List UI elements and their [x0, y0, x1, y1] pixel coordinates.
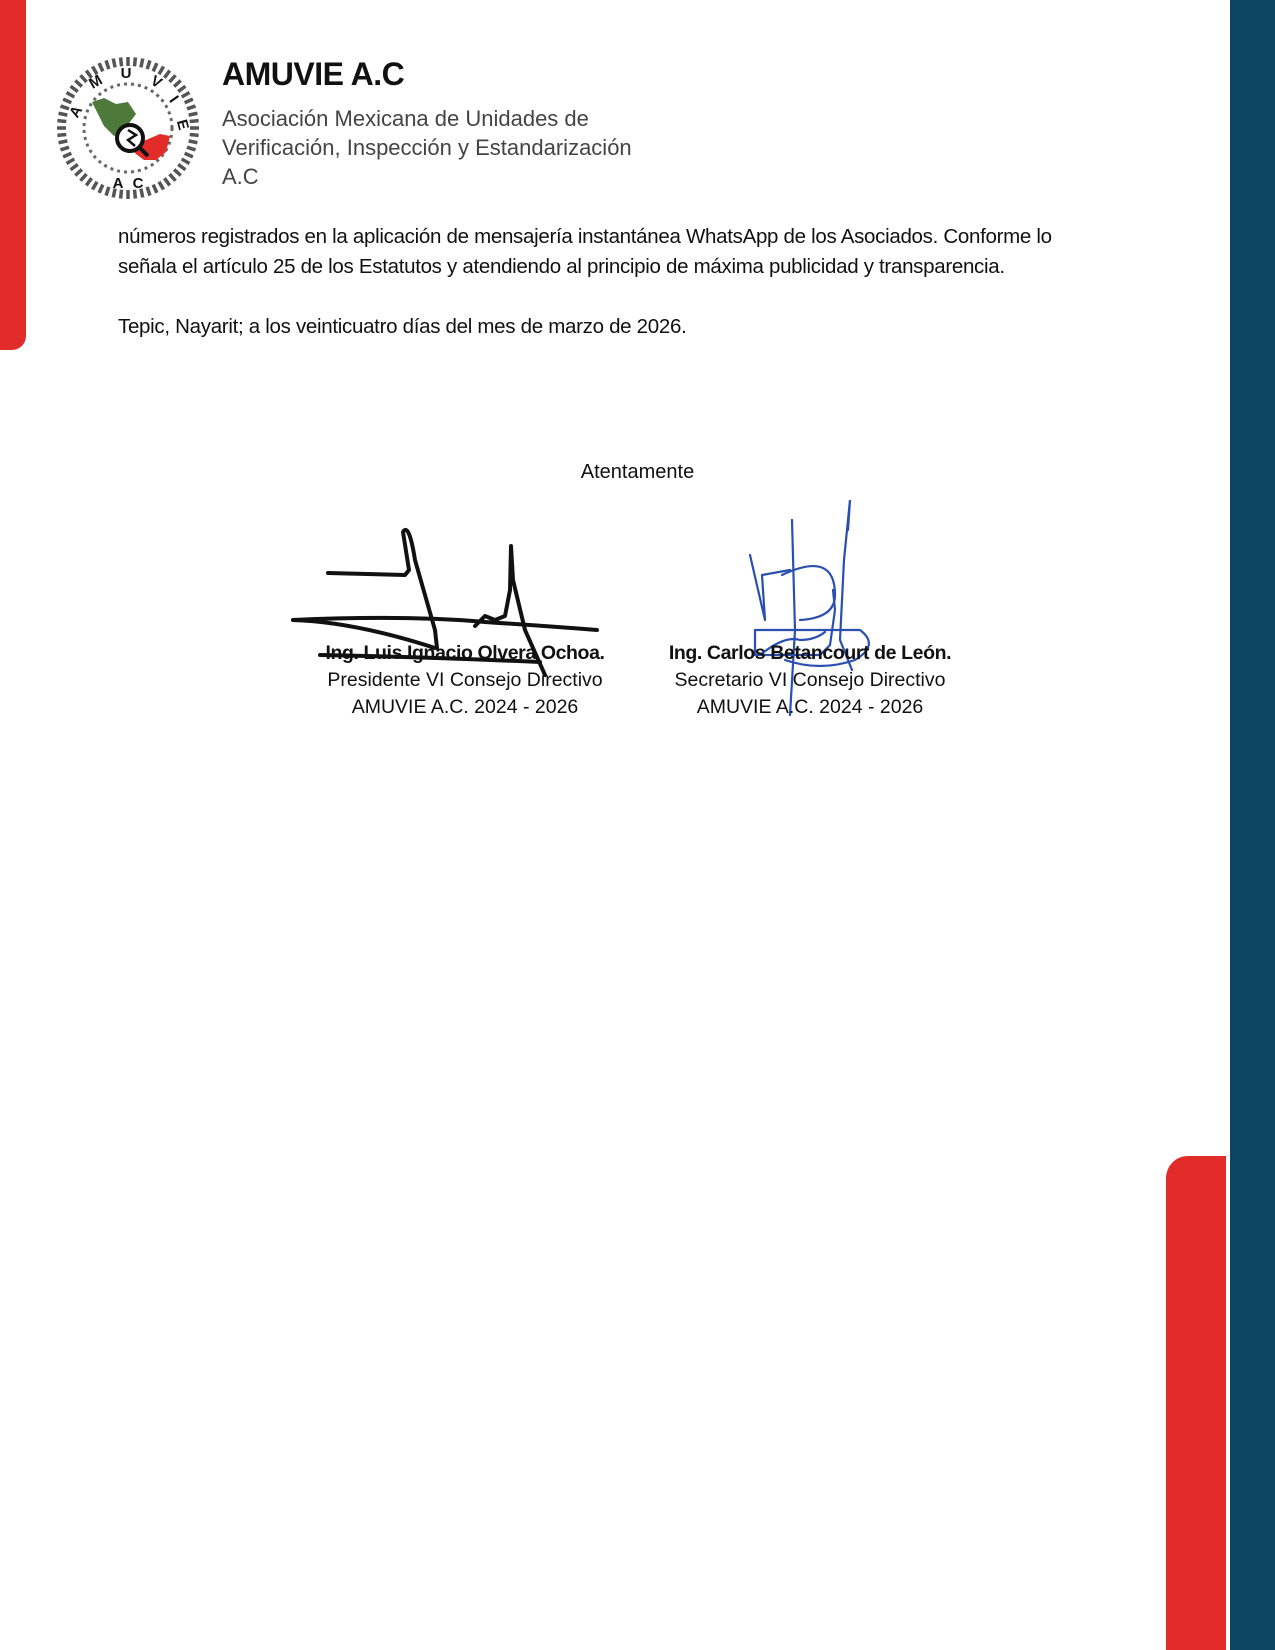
body-line: señala el artículo 25 de los Estatutos y… — [118, 252, 1178, 282]
signatory-role: Secretario VI Consejo Directivo — [650, 667, 970, 694]
svg-text:C: C — [133, 175, 144, 192]
decorative-blue-bar-right — [1230, 0, 1275, 1650]
svg-text:I: I — [166, 93, 182, 106]
body-line: números registrados en la aplicación de … — [118, 222, 1178, 252]
signatory-name: Ing. Carlos Betancourt de León. — [650, 640, 970, 667]
signatory-block-president: Ing. Luis Ignacio Olvera Ochoa. Presiden… — [300, 640, 630, 721]
org-subtitle: Asociación Mexicana de Unidades de Verif… — [222, 104, 642, 191]
svg-text:A: A — [113, 175, 124, 192]
amuvie-logo-icon: A M U V I E A C — [56, 56, 200, 200]
signatory-name: Ing. Luis Ignacio Olvera Ochoa. — [300, 640, 630, 667]
decorative-red-bar-left — [0, 0, 26, 350]
signatory-role: Presidente VI Consejo Directivo — [300, 667, 630, 694]
org-subtitle-line: Verificación, Inspección y Estandarizaci… — [222, 133, 642, 162]
closing-salutation: Atentamente — [0, 461, 1275, 484]
signatory-period: AMUVIE A.C. 2024 - 2026 — [650, 694, 970, 721]
org-name: AMUVIE A.C — [222, 56, 404, 93]
svg-text:V: V — [148, 72, 165, 92]
svg-text:U: U — [121, 65, 132, 82]
document-body: números registrados en la aplicación de … — [118, 222, 1178, 342]
svg-text:A: A — [66, 103, 86, 121]
svg-text:E: E — [173, 118, 192, 132]
decorative-red-bar-right — [1166, 1156, 1226, 1650]
org-subtitle-line: Asociación Mexicana de Unidades de — [222, 104, 642, 133]
signatory-block-secretary: Ing. Carlos Betancourt de León. Secretar… — [650, 640, 970, 721]
org-subtitle-line: A.C — [222, 162, 642, 191]
signatory-period: AMUVIE A.C. 2024 - 2026 — [300, 694, 630, 721]
place-date: Tepic, Nayarit; a los veinticuatro días … — [118, 312, 1178, 342]
